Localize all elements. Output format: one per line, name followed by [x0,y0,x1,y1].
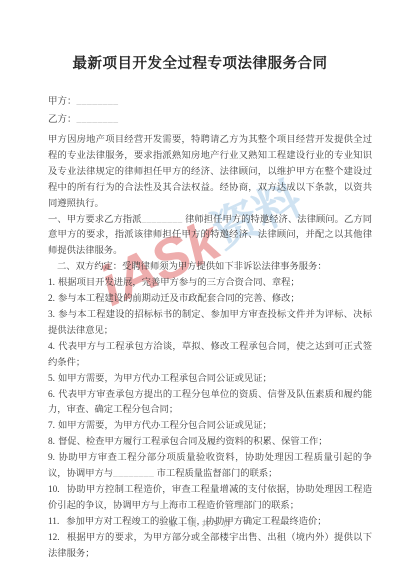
contract-body: 最新项目开发全过程专项法律服务合同 甲方：________ 乙方：_______… [0,0,400,562]
item-text: 如甲方需要，为甲方代办工程分包合同公证或见证； [58,421,272,431]
party-a-blank: ________ [77,97,119,107]
item-text: 代表甲方与工程承包方洽谈，草拟、修改工程承包合同，使之达到可正式签约条件； [48,342,372,368]
page-title: 最新项目开发全过程专项法律服务合同 [0,0,400,73]
party-a-line: 甲方：________ [48,93,372,111]
contract-item: 3.参与本工程建设的招标标书的制定、参加甲方审查投标文件并为评标、决标提供法律意… [48,308,372,340]
page-number: 第 1 页 共 5 页 [0,518,400,529]
item-number: 6. [48,390,55,400]
contract-item: 5.如甲方需要，为甲方代办工程承包合同公证或见证； [48,372,372,388]
item-number: 12. [48,533,60,543]
item-number: 2. [48,294,55,304]
contract-item: 4.代表甲方与工程承包方洽谈，草拟、修改工程承包合同，使之达到可正式签约条件； [48,340,372,372]
contract-item: 6.代表甲方审查承包方提出的工程分包单位的资质、信誉及队伍素质和履约能力，审查、… [48,388,372,420]
item-number: 1. [48,278,55,288]
party-b-line: 乙方：________ [48,111,372,129]
item-number: 10. [48,485,60,495]
clause-one-blank: ________ [142,215,183,225]
item-number: 5. [48,374,55,384]
item-text: 参与本工程建设的前期动迁及市政配套合同的完善、修改； [58,294,300,304]
contract-item: 1.根据项目开发进展，完善甲方参与的三方合资合同、章程； [48,276,372,292]
party-a-label: 甲方： [48,97,77,107]
item-number: 8. [48,437,55,447]
item-text: 代表甲方审查承包方提出的工程分包单位的资质、信誉及队伍素质和履约能力，审查、确定… [48,390,372,416]
item-number: 7. [48,421,55,431]
contract-page: iASk资料 最新项目开发全过程专项法律服务合同 甲方：________ 乙方：… [0,0,400,565]
party-b-blank: ________ [77,115,119,125]
contract-item: 10.协助甲方控制工程造价，审查工程量增减的支付依据，协助处理因工程造价引起的争… [48,483,372,515]
item-text-post: 市工程质量监督部门的联系； [154,469,277,479]
clause-two: 二、双方约定：受聘律师须为甲方提供如下非诉讼法律事务服务： [48,260,372,276]
contract-item: 9.协助甲方审查工程分部分项质量验收资料，协助处理因工程质量引起的争议，协调甲方… [48,451,372,483]
item-text: 督促、检查甲方履行工程承包合同及履约资料的积累、保管工作； [58,437,328,447]
item-number: 4. [48,342,55,352]
item-number: 3. [48,310,55,320]
contract-item: 7.如甲方需要，为甲方代办工程分包合同公证或见证； [48,419,372,435]
item-text: 如甲方需要，为甲方代办工程承包合同公证或见证； [58,374,272,384]
item-text: 协助甲方控制工程造价，审查工程量增减的支付依据，协助处理因工程造价引起的争议，协… [48,485,372,511]
intro-paragraph: 甲方因房地产项目经营开发需要，特聘请乙方为其整个项目经营开发提供全过程的专业法律… [48,133,372,213]
clause-one: 一、甲方要求乙方指派________ 律师担任甲方的特邀经济、法律顾问。乙方同意… [48,213,372,261]
party-block: 甲方：________ 乙方：________ [48,93,372,129]
contract-item: 12.根据甲方的要求，为甲方部分或全部楼宇出售、出租（境内外）提供以下法律服务； [48,531,372,563]
item-blank: ________ [113,469,154,479]
item-text: 根据项目开发进展，完善甲方参与的三方合资合同、章程； [58,278,300,288]
item-number: 9. [48,453,55,463]
party-b-label: 乙方： [48,115,77,125]
contract-item: 8.督促、检查甲方履行工程承包合同及履约资料的积累、保管工作； [48,435,372,451]
item-text: 参与本工程建设的招标标书的制定、参加甲方审查投标文件并为评标、决标提供法律意见； [48,310,372,336]
item-text: 根据甲方的要求，为甲方部分或全部楼宇出售、出租（境内外）提供以下法律服务； [48,533,372,559]
clause-one-pre: 一、甲方要求乙方指派 [48,215,142,225]
contract-item: 2.参与本工程建设的前期动迁及市政配套合同的完善、修改； [48,292,372,308]
